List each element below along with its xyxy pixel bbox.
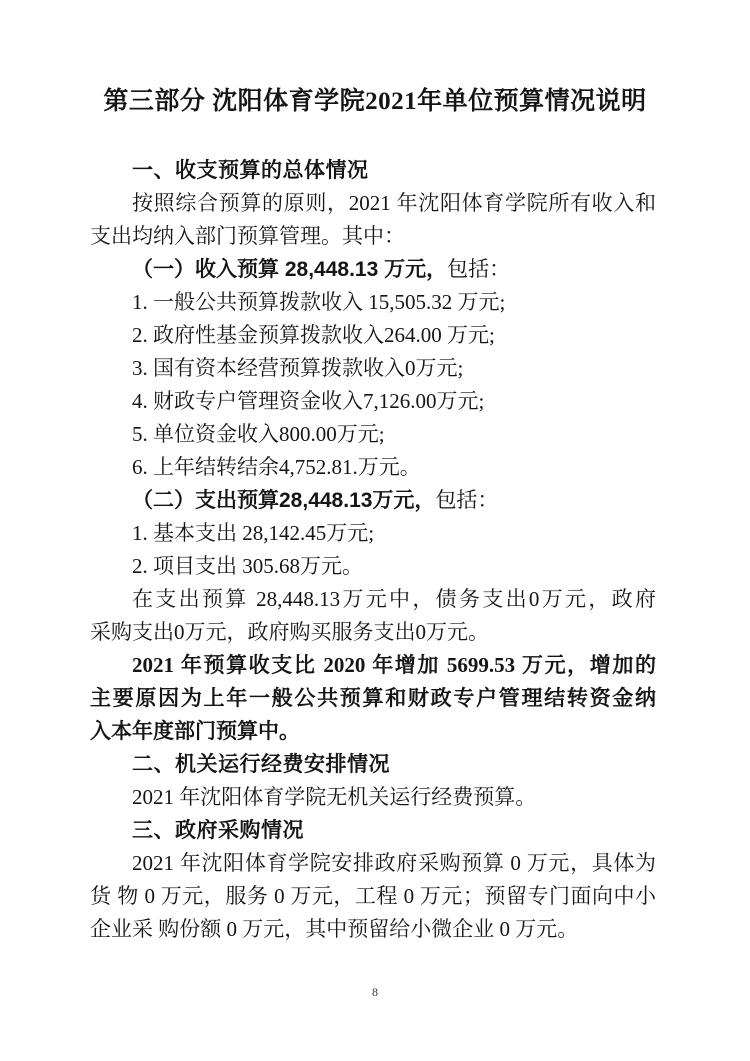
document-title: 第三部分 沈阳体育学院2021年单位预算情况说明 bbox=[40, 84, 710, 120]
section-heading-operating-expense: 二、机关运行经费安排情况 bbox=[90, 748, 656, 781]
overview-intro-line-2: 支出均纳入部门预算管理。其中： bbox=[90, 220, 656, 253]
income-lead-rest-text: 包括： bbox=[447, 257, 510, 281]
expense-lead-rest-text: 包括： bbox=[435, 488, 498, 512]
expense-note-line-2: 采购支出0万元，政府购买服务支出0万元。 bbox=[90, 616, 656, 649]
expense-note-line-1: 在支出预算 28,448.13万元中，债务支出0万元，政府 bbox=[90, 583, 656, 616]
expense-lead-bold-text: （二）支出预算28,448.13万元， bbox=[132, 489, 435, 512]
overview-intro-line-1: 按照综合预算的原则，2021 年沈阳体育学院所有收入和 bbox=[90, 187, 656, 220]
document-page: 第三部分 沈阳体育学院2021年单位预算情况说明 一、收支预算的总体情况 按照综… bbox=[0, 0, 750, 1061]
document-body: 一、收支预算的总体情况 按照综合预算的原则，2021 年沈阳体育学院所有收入和 … bbox=[90, 154, 656, 946]
section-heading-procurement: 三、政府采购情况 bbox=[90, 814, 656, 847]
income-item-2: 2. 政府性基金预算拨款收入264.00 万元; bbox=[90, 319, 656, 352]
income-item-1: 1. 一般公共预算拨款收入 15,505.32 万元; bbox=[90, 286, 656, 319]
income-lead-bold-text: （一）收入预算 28,448.13 万元， bbox=[132, 258, 447, 281]
increase-note-line-1: 2021 年预算收支比 2020 年增加 5699.53 万元，增加的 bbox=[90, 649, 656, 682]
procurement-line-2: 货 物 0 万元，服务 0 万元，工程 0 万元；预留专门面向中小 bbox=[90, 880, 656, 913]
expense-item-2: 2. 项目支出 305.68万元。 bbox=[90, 550, 656, 583]
increase-note-line-2: 主要原因为上年一般公共预算和财政专户管理结转资金纳 bbox=[90, 682, 656, 715]
procurement-line-3: 企业采 购份额 0 万元，其中预留给小微企业 0 万元。 bbox=[90, 913, 656, 946]
income-item-5: 5. 单位资金收入800.00万元; bbox=[90, 418, 656, 451]
income-item-6: 6. 上年结转结余4,752.81.万元。 bbox=[90, 451, 656, 484]
increase-note-line-3: 入本年度部门预算中。 bbox=[90, 715, 656, 748]
income-lead-line: （一）收入预算 28,448.13 万元，包括： bbox=[90, 253, 656, 286]
procurement-line-1: 2021 年沈阳体育学院安排政府采购预算 0 万元，具体为 bbox=[90, 847, 656, 880]
section-heading-overview: 一、收支预算的总体情况 bbox=[90, 154, 656, 187]
expense-lead-line: （二）支出预算28,448.13万元，包括： bbox=[90, 484, 656, 517]
operating-expense-body: 2021 年沈阳体育学院无机关运行经费预算。 bbox=[90, 781, 656, 814]
page-number: 8 bbox=[0, 984, 750, 1000]
expense-item-1: 1. 基本支出 28,142.45万元; bbox=[90, 517, 656, 550]
income-item-4: 4. 财政专户管理资金收入7,126.00万元; bbox=[90, 385, 656, 418]
income-item-3: 3. 国有资本经营预算拨款收入0万元; bbox=[90, 352, 656, 385]
